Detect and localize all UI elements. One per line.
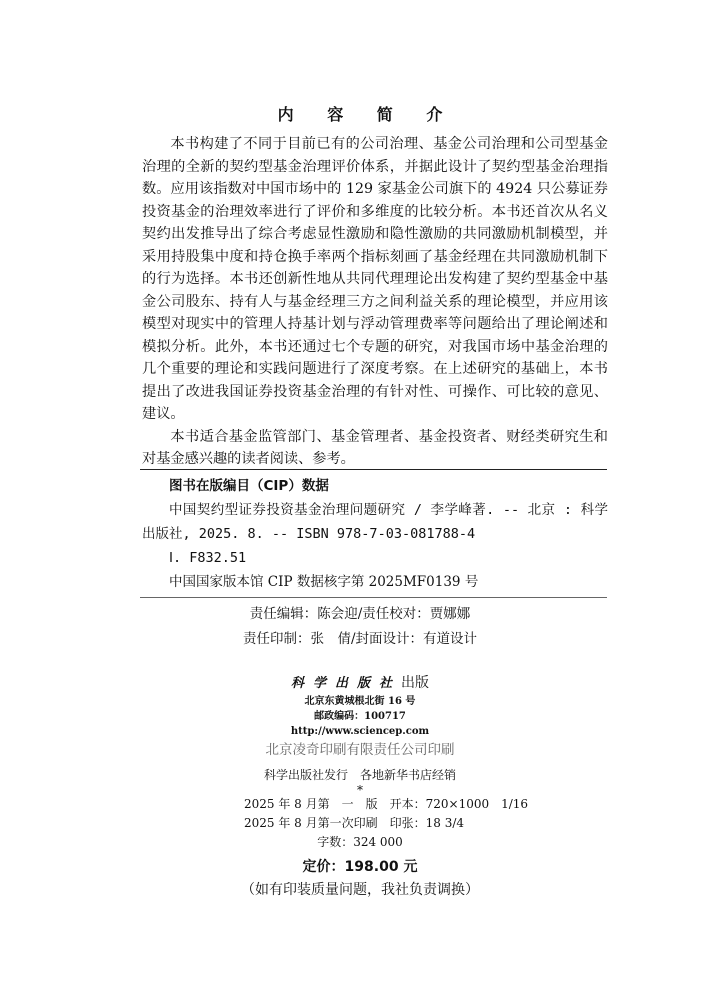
publisher-postcode: 邮政编码：100717: [0, 709, 720, 724]
quality-notice: （如有印装质量问题，我社负责调换）: [0, 879, 720, 901]
cip-block: 图书在版编目（CIP）数据 中国契约型证券投资基金治理问题研究 / 李学峰著. …: [142, 474, 608, 594]
publisher-website: http://www.sciencep.com: [0, 724, 720, 739]
edition-line: 2025 年 8 月第 一 版 开本：720×1000 1/16: [0, 795, 720, 814]
printer-name: 北京凌奇印刷有限责任公司印刷: [0, 739, 720, 761]
cip-top-divider: [140, 469, 607, 470]
credits-block: 责任编辑：陈会迎/责任校对：贾娜娜 责任印制：张 倩/封面设计：有道设计: [0, 602, 720, 652]
cip-bottom-divider: [140, 597, 607, 598]
price: 定价：198.00 元: [0, 855, 720, 879]
summary-title: 内 容 简 介: [0, 102, 720, 125]
publisher-line: 科学出版社出版: [0, 673, 720, 694]
printing-credits: 责任印制：张 倩/封面设计：有道设计: [0, 627, 720, 652]
copyright-page: 内 容 简 介 本书构建了不同于目前已有的公司治理、基金公司治理和公司型基金治理…: [0, 0, 720, 1000]
summary-paragraph: 本书适合基金监管部门、基金管理者、基金投资者、财经类研究生和对基金感兴趣的读者阅…: [142, 426, 608, 471]
separator-star: *: [0, 785, 720, 795]
word-count: 字数：324 000: [0, 833, 720, 852]
edition-block: 科学出版社发行 各地新华书店经销 * 2025 年 8 月第 一 版 开本：72…: [0, 766, 720, 901]
printing-line: 2025 年 8 月第一次印刷 印张：18 3/4: [0, 814, 720, 833]
cip-heading: 图书在版编目（CIP）数据: [142, 474, 608, 498]
publisher-block: 科学出版社出版 北京东黄城根北街 16 号 邮政编码：100717 http:/…: [0, 673, 720, 761]
summary-body: 本书构建了不同于目前已有的公司治理、基金公司治理和公司型基金治理的全新的契约型基…: [142, 133, 608, 471]
cip-classification: Ⅰ. F832.51: [142, 546, 608, 570]
summary-paragraph: 本书构建了不同于目前已有的公司治理、基金公司治理和公司型基金治理的全新的契约型基…: [142, 133, 608, 426]
editor-credits: 责任编辑：陈会迎/责任校对：贾娜娜: [0, 602, 720, 627]
publisher-suffix: 出版: [401, 675, 429, 691]
cip-record: 中国契约型证券投资基金治理问题研究 / 李学峰著. -- 北京 : 科学出版社,…: [142, 498, 608, 546]
publisher-address: 北京东黄城根北街 16 号: [0, 694, 720, 709]
cip-number: 中国国家版本馆 CIP 数据核字第 2025MF0139 号: [142, 570, 608, 594]
publisher-logo-name: 科学出版社: [291, 676, 401, 691]
